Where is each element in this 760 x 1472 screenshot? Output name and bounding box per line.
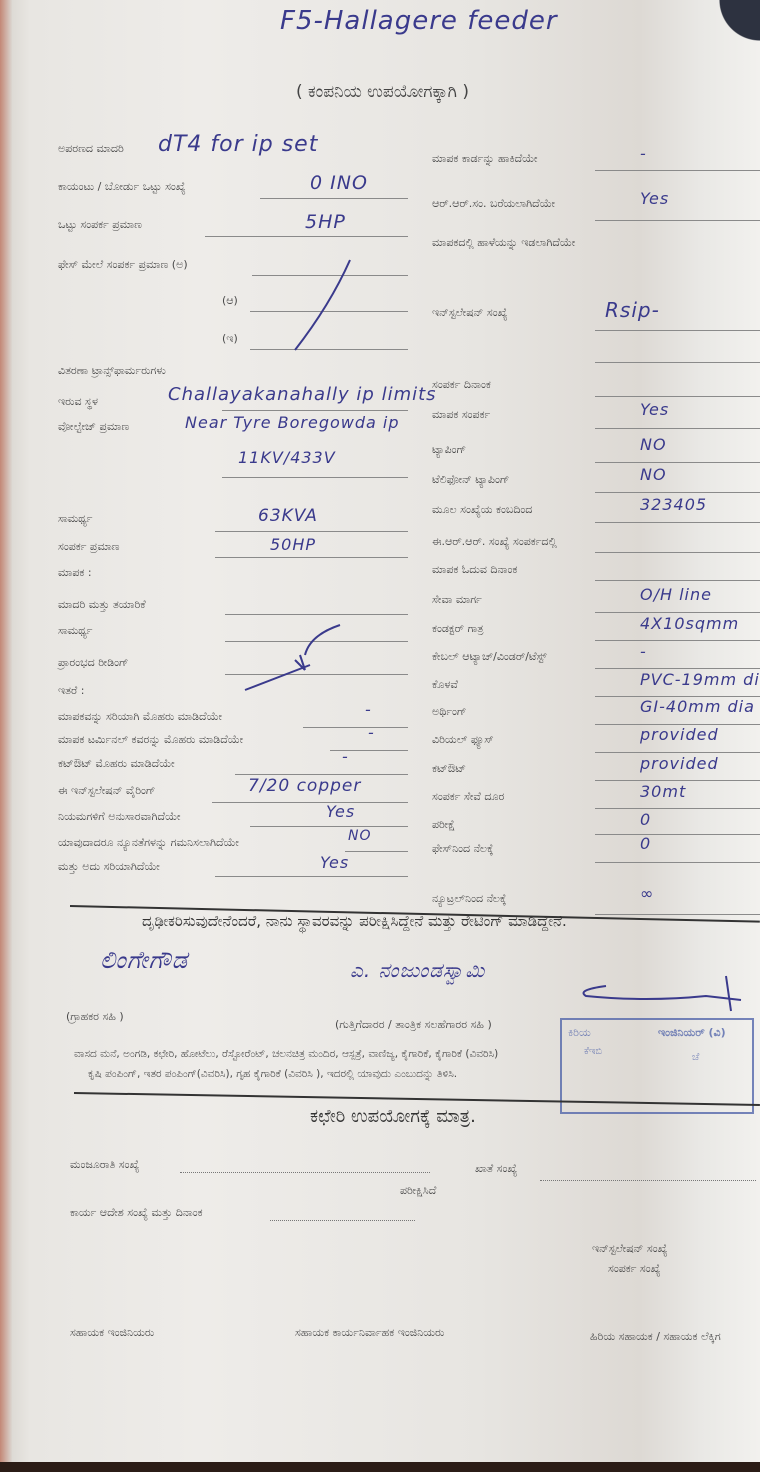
account-no-label: ಖಾತೆ ಸಂಖ್ಯೆ xyxy=(475,1162,517,1176)
right-field-label: ಟ್ಯಾಪಿಂಗ್ xyxy=(432,443,466,457)
location-value: Challayakanahally ip limits xyxy=(168,384,437,405)
right-field-label: ಆರ್.ಆರ್.ಸಂ. ಬರೆಯಲಾಗಿದೆಯೇ xyxy=(432,197,555,211)
voltage-note: Near Tyre Boregowda ip xyxy=(185,413,400,432)
right-field-label: ಕಂಡಕ್ಟರ್ ಗಾತ್ರ xyxy=(432,622,484,636)
category-note-line2: ಕೃಷಿ ಪಂಪಿಂಗ್, ಇತರ ಪಂಪಿಂಗ್(ವಿವರಿಸಿ), ಗೃಹ … xyxy=(88,1068,457,1081)
other-heading: ಇತರೆ : xyxy=(58,684,84,698)
field-line xyxy=(345,851,408,852)
field-line xyxy=(215,531,408,532)
field-label-total-load: ಒಟ್ಟು ಸಂಪರ್ಕ ಪ್ರಮಾಣ xyxy=(58,218,142,232)
correct-value: Yes xyxy=(320,853,349,872)
defects-label: ಯಾವುದಾದರೂ ನ್ಯೂನತೆಗಳನ್ನು ಗಮನಿಸಲಾಗಿದೆಯೇ xyxy=(58,836,239,850)
field-line xyxy=(595,612,760,613)
account-no-line xyxy=(540,1180,756,1181)
sanction-no-label: ಮಂಜೂರಾತಿ ಸಂಖ್ಯೆ xyxy=(70,1158,139,1172)
load-label: ಸಂಪರ್ಕ ಪ್ರಮಾಣ xyxy=(58,540,120,554)
wiring-label: ಈ ಇನ್‌ಸ್ಟಲೇಷನ್ ವೈರಿಂಗ್ xyxy=(58,784,155,798)
wiring-value: 7/20 copper xyxy=(248,776,361,796)
right-field-value: 0 xyxy=(640,834,651,853)
field-line xyxy=(235,774,408,775)
field-line xyxy=(595,914,760,915)
right-field-label: ಪರೀಕ್ಷೆ xyxy=(432,818,455,832)
right-field-value: Rsip- xyxy=(605,298,660,322)
right-field-label: ಕೊಳವೆ xyxy=(432,678,458,692)
cutout-sealed-value: - xyxy=(342,747,349,766)
meter-sealed-value: - xyxy=(365,700,372,719)
field-line xyxy=(595,862,760,863)
form-page: F5-Hallagere feeder ( ಕಂಪನಿಯ ಉಪಯೋಗಕ್ಕಾಗಿ… xyxy=(0,0,760,1462)
stamp-line: ಕಿರಿಯ xyxy=(568,1026,591,1040)
work-order-label: ಕಾರ್ಯ ಆದೇಶ ಸಂಖ್ಯೆ ಮತ್ತು ದಿನಾಂಕ xyxy=(70,1206,203,1220)
right-field-label: ಸೇವಾ ಮಾರ್ಗ xyxy=(432,593,482,607)
field-line xyxy=(595,220,760,221)
stamp-line: ಇಂಜಿನಿಯರ್ (ವಿ) xyxy=(658,1026,726,1040)
terminal-cover-value: - xyxy=(368,723,375,742)
right-field-value: 323405 xyxy=(640,495,707,514)
table-surface xyxy=(0,1462,760,1472)
field-line xyxy=(595,522,760,523)
field-value-total-load: 5HP xyxy=(305,211,346,233)
voltage-label: ವೋಲ್ಟೇಜ್ ಪ್ರಮಾಣ xyxy=(58,420,129,434)
contractor-sign-label: (ಗುತ್ತಿಗೆದಾರರ / ತಾಂತ್ರಿಕ ಸಲಹೆಗಾರರ ಸಹಿ ) xyxy=(335,1018,492,1032)
senior-assistant-sign-label: ಹಿರಿಯ ಸಹಾಯಕ / ಸಹಾಯಕ ಲೆಕ್ಕಿಗ xyxy=(590,1330,721,1344)
field-line xyxy=(595,462,760,463)
stamp-line: ಚೆ xyxy=(692,1052,699,1063)
capacity-value: 63KVA xyxy=(258,506,318,526)
location-label: ಇರುವ ಸ್ಥಳ xyxy=(58,395,98,409)
meter-initial-reading-label: ಪ್ರಾರಂಭದ ರೀಡಿಂಗ್ xyxy=(58,656,129,670)
installation-no-label: ಇನ್‌ಸ್ಟಲೇಷನ್ ಸಂಖ್ಯೆ xyxy=(592,1242,668,1256)
voltage-value: 11KV/433V xyxy=(238,448,336,467)
field-line xyxy=(595,668,760,669)
field-label-type: ಅಪರಣದ ಮಾದರಿ xyxy=(58,142,124,156)
right-field-value: - xyxy=(640,144,647,163)
right-field-label: ಮಾಪಕ ಕಾರ್ಡನ್ನು ಹಾಕಿದೆಯೇ xyxy=(432,152,538,166)
defects-value: NO xyxy=(348,828,372,844)
feeder-title: F5-Hallagere feeder xyxy=(280,6,558,36)
field-line xyxy=(595,428,760,429)
official-stamp: ಕಿರಿಯ ಇಂಜಿನಿಯರ್ (ವಿ) ಕೆಇಬಿ ಚೆ xyxy=(560,1018,754,1114)
right-field-value: - xyxy=(640,642,647,661)
declaration-text: ದೃಢೀಕರಿಸುವುದೇನೆಂದರೆ, ನಾನು ಸ್ಥಾವರವನ್ನು ಪರ… xyxy=(142,912,567,930)
rules-compliance-label: ನಿಯಮಗಳಿಗೆ ಅನುಸಾರವಾಗಿದೆಯೇ xyxy=(58,810,181,824)
right-field-value: 0 xyxy=(640,810,651,829)
transformer-heading: ವಿತರಣಾ ಟ್ರಾನ್ಸ್‌ಫಾರ್ಮರುಗಳು xyxy=(58,364,166,378)
field-line xyxy=(260,198,408,199)
right-field-value: 30mt xyxy=(640,782,686,801)
ae-sign-label: ಸಹಾಯಕ ಇಂಜಿನಿಯರು xyxy=(70,1326,154,1340)
field-line xyxy=(595,780,760,781)
right-field-value: ∞ xyxy=(640,884,654,903)
stamp-line: ಕೆಇಬಿ xyxy=(584,1046,602,1057)
field-line xyxy=(250,826,408,827)
right-field-label: ಇನ್‌ಸ್ಟಲೇಷನ್ ಸಂಖ್ಯೆ xyxy=(432,306,508,320)
aee-sign-label: ಸಹಾಯಕ ಕಾರ್ಯನಿರ್ವಾಹಕ ಇಂಜಿನಿಯರು xyxy=(295,1326,444,1340)
right-field-value: O/H line xyxy=(640,585,712,604)
right-field-label: ಮಾಪಕ ಸಂಪರ್ಕ xyxy=(432,408,490,422)
field-line xyxy=(595,330,760,331)
meter-heading: ಮಾಪಕ : xyxy=(58,566,92,580)
field-value-type: dT4 for ip set xyxy=(158,132,318,157)
correct-label: ಮತ್ತು ಅದು ಸರಿಯಾಗಿದೆಯೇ xyxy=(58,860,160,874)
right-field-label: ಸಂಪರ್ಕ ಸೇವೆ ದೂರ xyxy=(432,790,504,804)
meter-capacity-label: ಸಾಮರ್ಥ್ಯ xyxy=(58,624,93,638)
checked-label: ಪರೀಕ್ಷಿಸಿದೆ xyxy=(400,1184,436,1198)
strike-mark xyxy=(290,255,360,355)
page-corner-shadow xyxy=(700,0,760,60)
right-field-value: NO xyxy=(640,435,667,454)
field-line xyxy=(212,802,408,803)
category-note-line1: ವಾಸದ ಮನೆ, ಅಂಗಡಿ, ಕಛೇರಿ, ಹೋಟೆಲು, ರೆಸ್ಟೋರೆ… xyxy=(74,1048,498,1061)
field-line xyxy=(205,236,408,237)
customer-sign-label: (ಗ್ರಾಹಕರ ಸಹಿ ) xyxy=(66,1010,124,1024)
right-field-label: ಮಾಪಕ ಓದುವ ದಿನಾಂಕ xyxy=(432,563,517,577)
capacity-label: ಸಾಮರ್ಥ್ಯ xyxy=(58,512,93,526)
meter-sealed-label: ಮಾಪಕವನ್ನು ಸರಿಯಾಗಿ ಮೊಹರು ಮಾಡಿದೆಯೇ xyxy=(58,710,222,724)
customer-signature: ಲಿಂಗೇಗೌಡ xyxy=(100,946,188,974)
field-line xyxy=(222,410,408,411)
field-label-phase-load-c: (ಇ) xyxy=(222,332,238,346)
field-line xyxy=(595,362,760,363)
right-field-value: provided xyxy=(640,725,719,744)
field-line xyxy=(222,477,408,478)
right-field-label: ಮಾಪಕದಲ್ಲಿ ಹಾಳೆಯನ್ನು ಇಡಲಾಗಿದೆಯೇ xyxy=(432,236,575,250)
field-line xyxy=(595,552,760,553)
terminal-cover-label: ಮಾಪಕ ಟರ್ಮಿನಲ್ ಕವರನ್ನು ಮೊಹರು ಮಾಡಿದೆಯೇ xyxy=(58,733,243,747)
field-line xyxy=(595,396,760,397)
contractor-signature: ಎ. ನಂಜುಂಡಸ್ವಾಮಿ xyxy=(350,958,485,982)
field-line xyxy=(215,876,408,877)
right-field-label: ಮೂಲ ಸಂಖ್ಯೆಯ ಕಂಬದಿಂದ xyxy=(432,503,532,517)
field-line xyxy=(595,640,760,641)
cutout-sealed-label: ಕಟ್‌ಔಟ್ ಮೊಹರು ಮಾಡಿದೆಯೇ xyxy=(58,757,175,771)
right-field-label: ಕೇಬಲ್ ಆಟ್ಯಾಚ್/ವಿಂಡರ್/ಟೆಸ್ಟ್ xyxy=(432,650,547,664)
right-field-label: ವಿರಿಯಲ್ ಫ್ಯೂಸ್ xyxy=(432,733,494,747)
rules-compliance-value: Yes xyxy=(326,802,355,821)
connection-no-label: ಸಂಪರ್ಕ ಸಂಖ್ಯೆ xyxy=(608,1262,661,1276)
right-field-value: 4X10sqmm xyxy=(640,614,739,633)
field-line xyxy=(595,170,760,171)
field-line xyxy=(595,808,760,809)
right-field-value: Yes xyxy=(640,400,669,419)
right-field-label: ಫೇಸ್‌ನಿಂದ ನೆಲಕ್ಕೆ xyxy=(432,842,493,856)
right-field-label: ಕಟ್‌ಔಟ್ xyxy=(432,762,466,776)
field-line xyxy=(595,834,760,835)
form-subtitle: ( ಕಂಪನಿಯ ಉಪಯೋಗಕ್ಕಾಗಿ ) xyxy=(296,82,469,102)
right-field-label: ಟೆಲಿಫೋನ್ ಟ್ಯಾಪಿಂಗ್ xyxy=(432,473,509,487)
field-line xyxy=(225,614,408,615)
meter-model-label: ಮಾದರಿ ಮತ್ತು ತಯಾರಿಕೆ xyxy=(58,598,146,612)
right-field-label: ನ್ಯೂಟ್ರಲ್‌ನಿಂದ ನೆಲಕ್ಕೆ xyxy=(432,892,506,906)
right-field-label: ಸಂಪರ್ಕ ದಿನಾಂಕ xyxy=(432,378,491,392)
right-field-value: Yes xyxy=(640,189,669,208)
strike-mark xyxy=(240,620,350,695)
load-value: 50HP xyxy=(270,535,316,554)
field-line xyxy=(303,727,408,728)
field-line xyxy=(595,580,760,581)
right-field-label: ಈ.ಆರ್.ಆರ್. ಸಂಖ್ಯೆ ಸಂಪರ್ಕದಲ್ಲಿ xyxy=(432,535,557,549)
right-field-value: provided xyxy=(640,754,719,773)
office-use-heading: ಕಛೇರಿ ಉಪಯೋಗಕ್ಕೆ ಮಾತ್ರ. xyxy=(310,1106,476,1127)
work-order-line xyxy=(270,1220,415,1221)
right-field-value: PVC-19mm dia xyxy=(640,670,760,689)
officer-signature xyxy=(566,966,756,1016)
field-line xyxy=(215,557,408,558)
right-field-value: GI-40mm dia xyxy=(640,697,755,716)
field-value-point-count: 0 INO xyxy=(310,172,368,194)
sanction-no-line xyxy=(180,1172,430,1173)
right-field-value: NO xyxy=(640,465,667,484)
field-line xyxy=(595,752,760,753)
right-field-label: ಅರ್ಥಿಂಗ್ xyxy=(432,705,466,719)
field-line xyxy=(595,492,760,493)
field-label-phase-load-a: ಫೇಸ್ ಮೇಲೆ ಸಂಪರ್ಕ ಪ್ರಮಾಣ (ಅ) xyxy=(58,258,188,272)
field-label-point-count: ಕಾಯಂಟು / ಬೋರ್ಡು ಒಟ್ಟು ಸಂಖ್ಯೆ xyxy=(58,180,186,194)
field-label-phase-load-b: (ಆ) xyxy=(222,294,238,308)
